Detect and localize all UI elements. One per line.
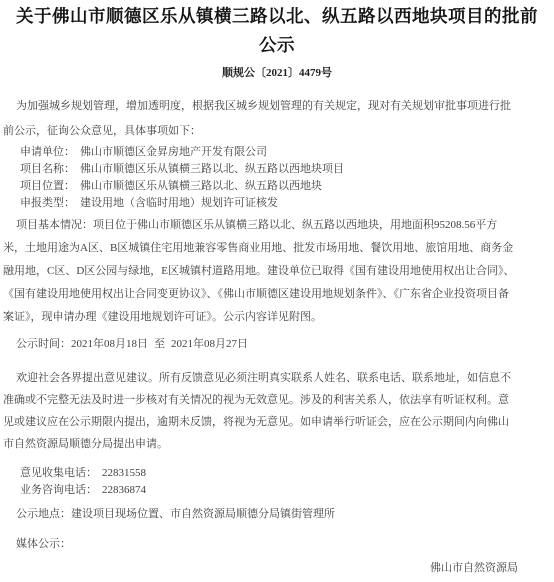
feedback-paragraph: 欢迎社会各界提出意见建议。所有反馈意见必须注明真实联系人姓名、联系电话、联系地址… bbox=[3, 367, 518, 455]
publicity-period-label: 公示时间： bbox=[16, 338, 71, 350]
intro-paragraph: 为加强城乡规划管理，增加透明度，根据我区城乡规划管理的有关规定，现对有关规划审批… bbox=[3, 94, 518, 144]
detail-row-project-location: 项目位置：佛山市顺德区乐从镇横三路以北、纵五路以西地块 bbox=[20, 178, 518, 195]
publicity-location: 公示地点：建设项目现场位置、市自然资源局顺德分局镇街管理所 bbox=[3, 507, 518, 521]
page-title-line1: 关于佛山市顺德区乐从镇横三路以北、纵五路以西地块项目的批前 bbox=[0, 2, 554, 31]
project-info-paragraph: 项目基本情况：项目位于佛山市顺德区乐从镇横三路以北、纵五路以西地块，用地面积95… bbox=[3, 214, 518, 329]
page-title-line2: 公示 bbox=[0, 31, 554, 60]
detail-value: 佛山市顺德区金昇房地产开发有限公司 bbox=[80, 146, 267, 158]
detail-label: 申请单位： bbox=[20, 146, 75, 158]
detail-value: 佛山市顺德区乐从镇横三路以北、纵五路以西地块 bbox=[80, 180, 322, 192]
detail-label: 申报类型： bbox=[20, 197, 75, 209]
phone-number: 22831558 bbox=[102, 467, 146, 479]
page-title: 关于佛山市顺德区乐从镇横三路以北、纵五路以西地块项目的批前 公示 bbox=[0, 2, 554, 60]
publicity-period-to: 2021年08月27日 bbox=[171, 338, 248, 350]
phone-row-consult: 业务咨询电话：22836874 bbox=[20, 482, 518, 499]
detail-value: 建设用地（含临时用地）规划许可证核发 bbox=[80, 197, 278, 209]
phone-row-feedback: 意见收集电话：22831558 bbox=[20, 465, 518, 482]
detail-value: 佛山市顺德区乐从镇横三路以北、纵五路以西地块项目 bbox=[80, 163, 344, 175]
media-publicity-label: 媒体公示： bbox=[3, 537, 518, 551]
phone-number: 22836874 bbox=[102, 484, 146, 496]
detail-label: 项目位置： bbox=[20, 180, 75, 192]
phone-label: 业务咨询电话： bbox=[20, 484, 97, 496]
publicity-period: 公示时间：2021年08月18日至2021年08月27日 bbox=[3, 337, 518, 351]
detail-row-applicant: 申请单位：佛山市顺德区金昇房地产开发有限公司 bbox=[20, 144, 518, 161]
detail-row-project-name: 项目名称：佛山市顺德区乐从镇横三路以北、纵五路以西地块项目 bbox=[20, 161, 518, 178]
detail-label: 项目名称： bbox=[20, 163, 75, 175]
publicity-period-from: 2021年08月18日 bbox=[71, 338, 148, 350]
notice-body: 为加强城乡规划管理，增加透明度，根据我区城乡规划管理的有关规定，现对有关规划审批… bbox=[0, 94, 554, 575]
publicity-period-to-word: 至 bbox=[154, 338, 165, 350]
document-number: 顺规公〔2021〕4479号 bbox=[0, 66, 554, 80]
phone-list: 意见收集电话：22831558 业务咨询电话：22836874 bbox=[3, 465, 518, 499]
project-details-list: 申请单位：佛山市顺德区金昇房地产开发有限公司 项目名称：佛山市顺德区乐从镇横三路… bbox=[3, 144, 518, 212]
detail-row-application-type: 申报类型：建设用地（含临时用地）规划许可证核发 bbox=[20, 195, 518, 212]
notice-page: 关于佛山市顺德区乐从镇横三路以北、纵五路以西地块项目的批前 公示 顺规公〔202… bbox=[0, 0, 554, 582]
phone-label: 意见收集电话： bbox=[20, 467, 97, 479]
issuer-signature: 佛山市自然资源局 bbox=[3, 561, 518, 575]
